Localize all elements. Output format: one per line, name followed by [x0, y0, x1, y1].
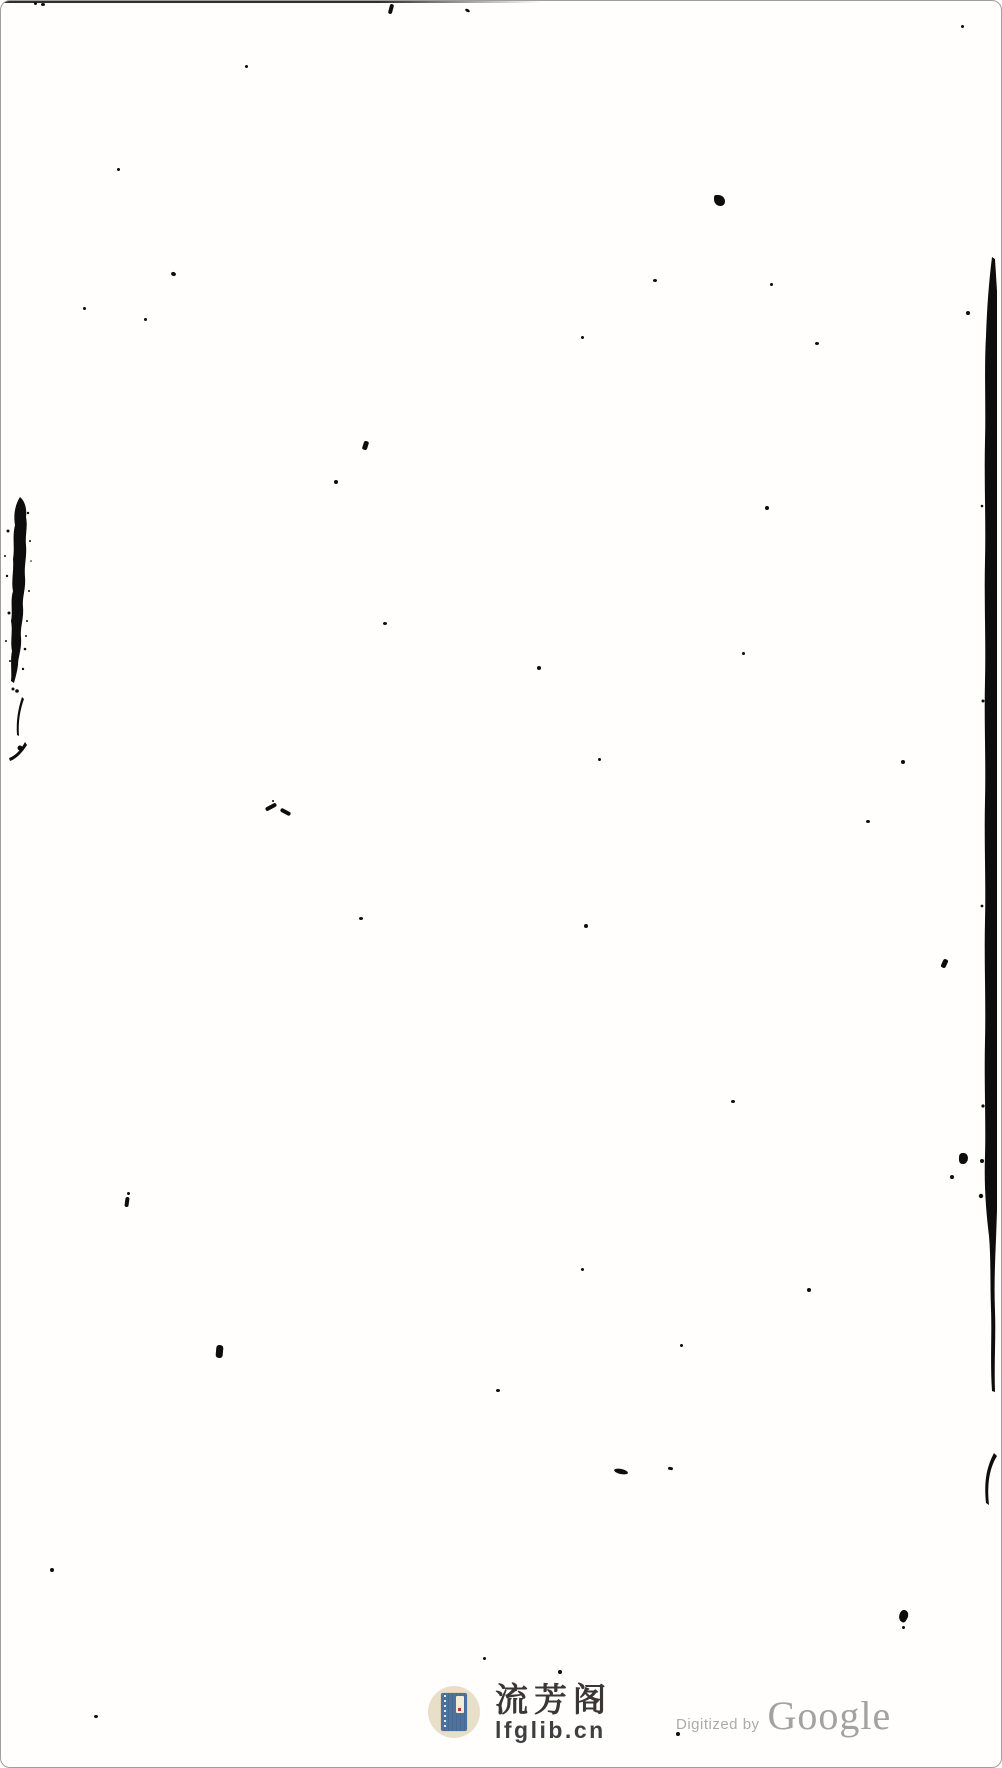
ink-speck	[496, 1389, 500, 1392]
ink-speck	[959, 1153, 968, 1164]
lfglib-watermark-text: 流芳阁 lfglib.cn	[495, 1683, 612, 1742]
ink-speck	[598, 758, 601, 761]
ink-speck	[653, 279, 657, 282]
digitized-by-label: Digitized by	[676, 1716, 760, 1733]
ink-speck	[83, 307, 86, 310]
ink-speck	[362, 440, 370, 450]
ink-speck	[144, 318, 147, 321]
ink-speck	[770, 283, 773, 286]
ink-speck	[765, 506, 769, 510]
ink-speck	[215, 1345, 223, 1359]
ink-speck	[245, 65, 248, 68]
scanned-page: 流芳阁 lfglib.cn Digitized by Google	[0, 0, 1002, 1768]
ink-speck	[714, 195, 725, 206]
ink-speck	[815, 342, 819, 345]
ink-speck	[558, 1670, 562, 1674]
ink-speck	[170, 271, 176, 276]
ink-speck	[265, 802, 277, 811]
ink-speck	[584, 924, 588, 928]
ink-speck	[680, 1344, 683, 1347]
book-icon	[441, 1693, 467, 1731]
ink-speck	[483, 1657, 486, 1660]
ink-speck	[41, 3, 45, 6]
ink-speck	[127, 1192, 130, 1195]
ink-speck	[668, 1467, 673, 1471]
lfglib-watermark: 流芳阁 lfglib.cn	[428, 1683, 612, 1742]
ink-speck	[537, 666, 541, 670]
ink-speck	[950, 1175, 954, 1179]
google-watermark: Digitized by Google	[676, 1696, 891, 1736]
ink-speck	[50, 1568, 54, 1572]
ink-speck	[902, 1626, 905, 1629]
ink-speck	[94, 1715, 98, 1718]
ink-speck	[581, 1268, 584, 1271]
ink-speck	[581, 336, 584, 339]
ink-speck	[280, 808, 292, 817]
ink-speck	[272, 800, 274, 802]
ink-speck	[866, 820, 870, 823]
ink-speck	[897, 1609, 911, 1624]
ink-speck	[614, 1468, 629, 1476]
google-logo: Google	[768, 1696, 892, 1736]
screenshot-stage: 流芳阁 lfglib.cn Digitized by Google	[0, 0, 1002, 1768]
ink-speck	[359, 917, 363, 920]
ink-speck	[117, 168, 120, 171]
ink-speck	[124, 1197, 129, 1207]
ink-specks	[1, 1, 1001, 1767]
ink-speck	[961, 25, 964, 28]
ink-speck	[731, 1100, 735, 1103]
ink-speck	[742, 652, 745, 655]
lfglib-domain: lfglib.cn	[495, 1718, 612, 1742]
lfglib-logo-icon	[428, 1686, 480, 1738]
ink-speck	[34, 2, 37, 5]
ink-speck	[334, 480, 338, 484]
seal-mark	[458, 1708, 461, 1711]
ink-speck	[966, 311, 970, 315]
book-stitch-binding	[444, 1695, 446, 1729]
ink-speck	[940, 958, 948, 968]
ink-speck	[901, 760, 905, 764]
lfglib-site-name: 流芳阁	[495, 1683, 612, 1717]
ink-speck	[388, 4, 394, 15]
book-title-label	[456, 1696, 464, 1713]
ink-speck	[383, 622, 387, 625]
ink-speck	[465, 8, 471, 13]
ink-speck	[807, 1288, 811, 1292]
